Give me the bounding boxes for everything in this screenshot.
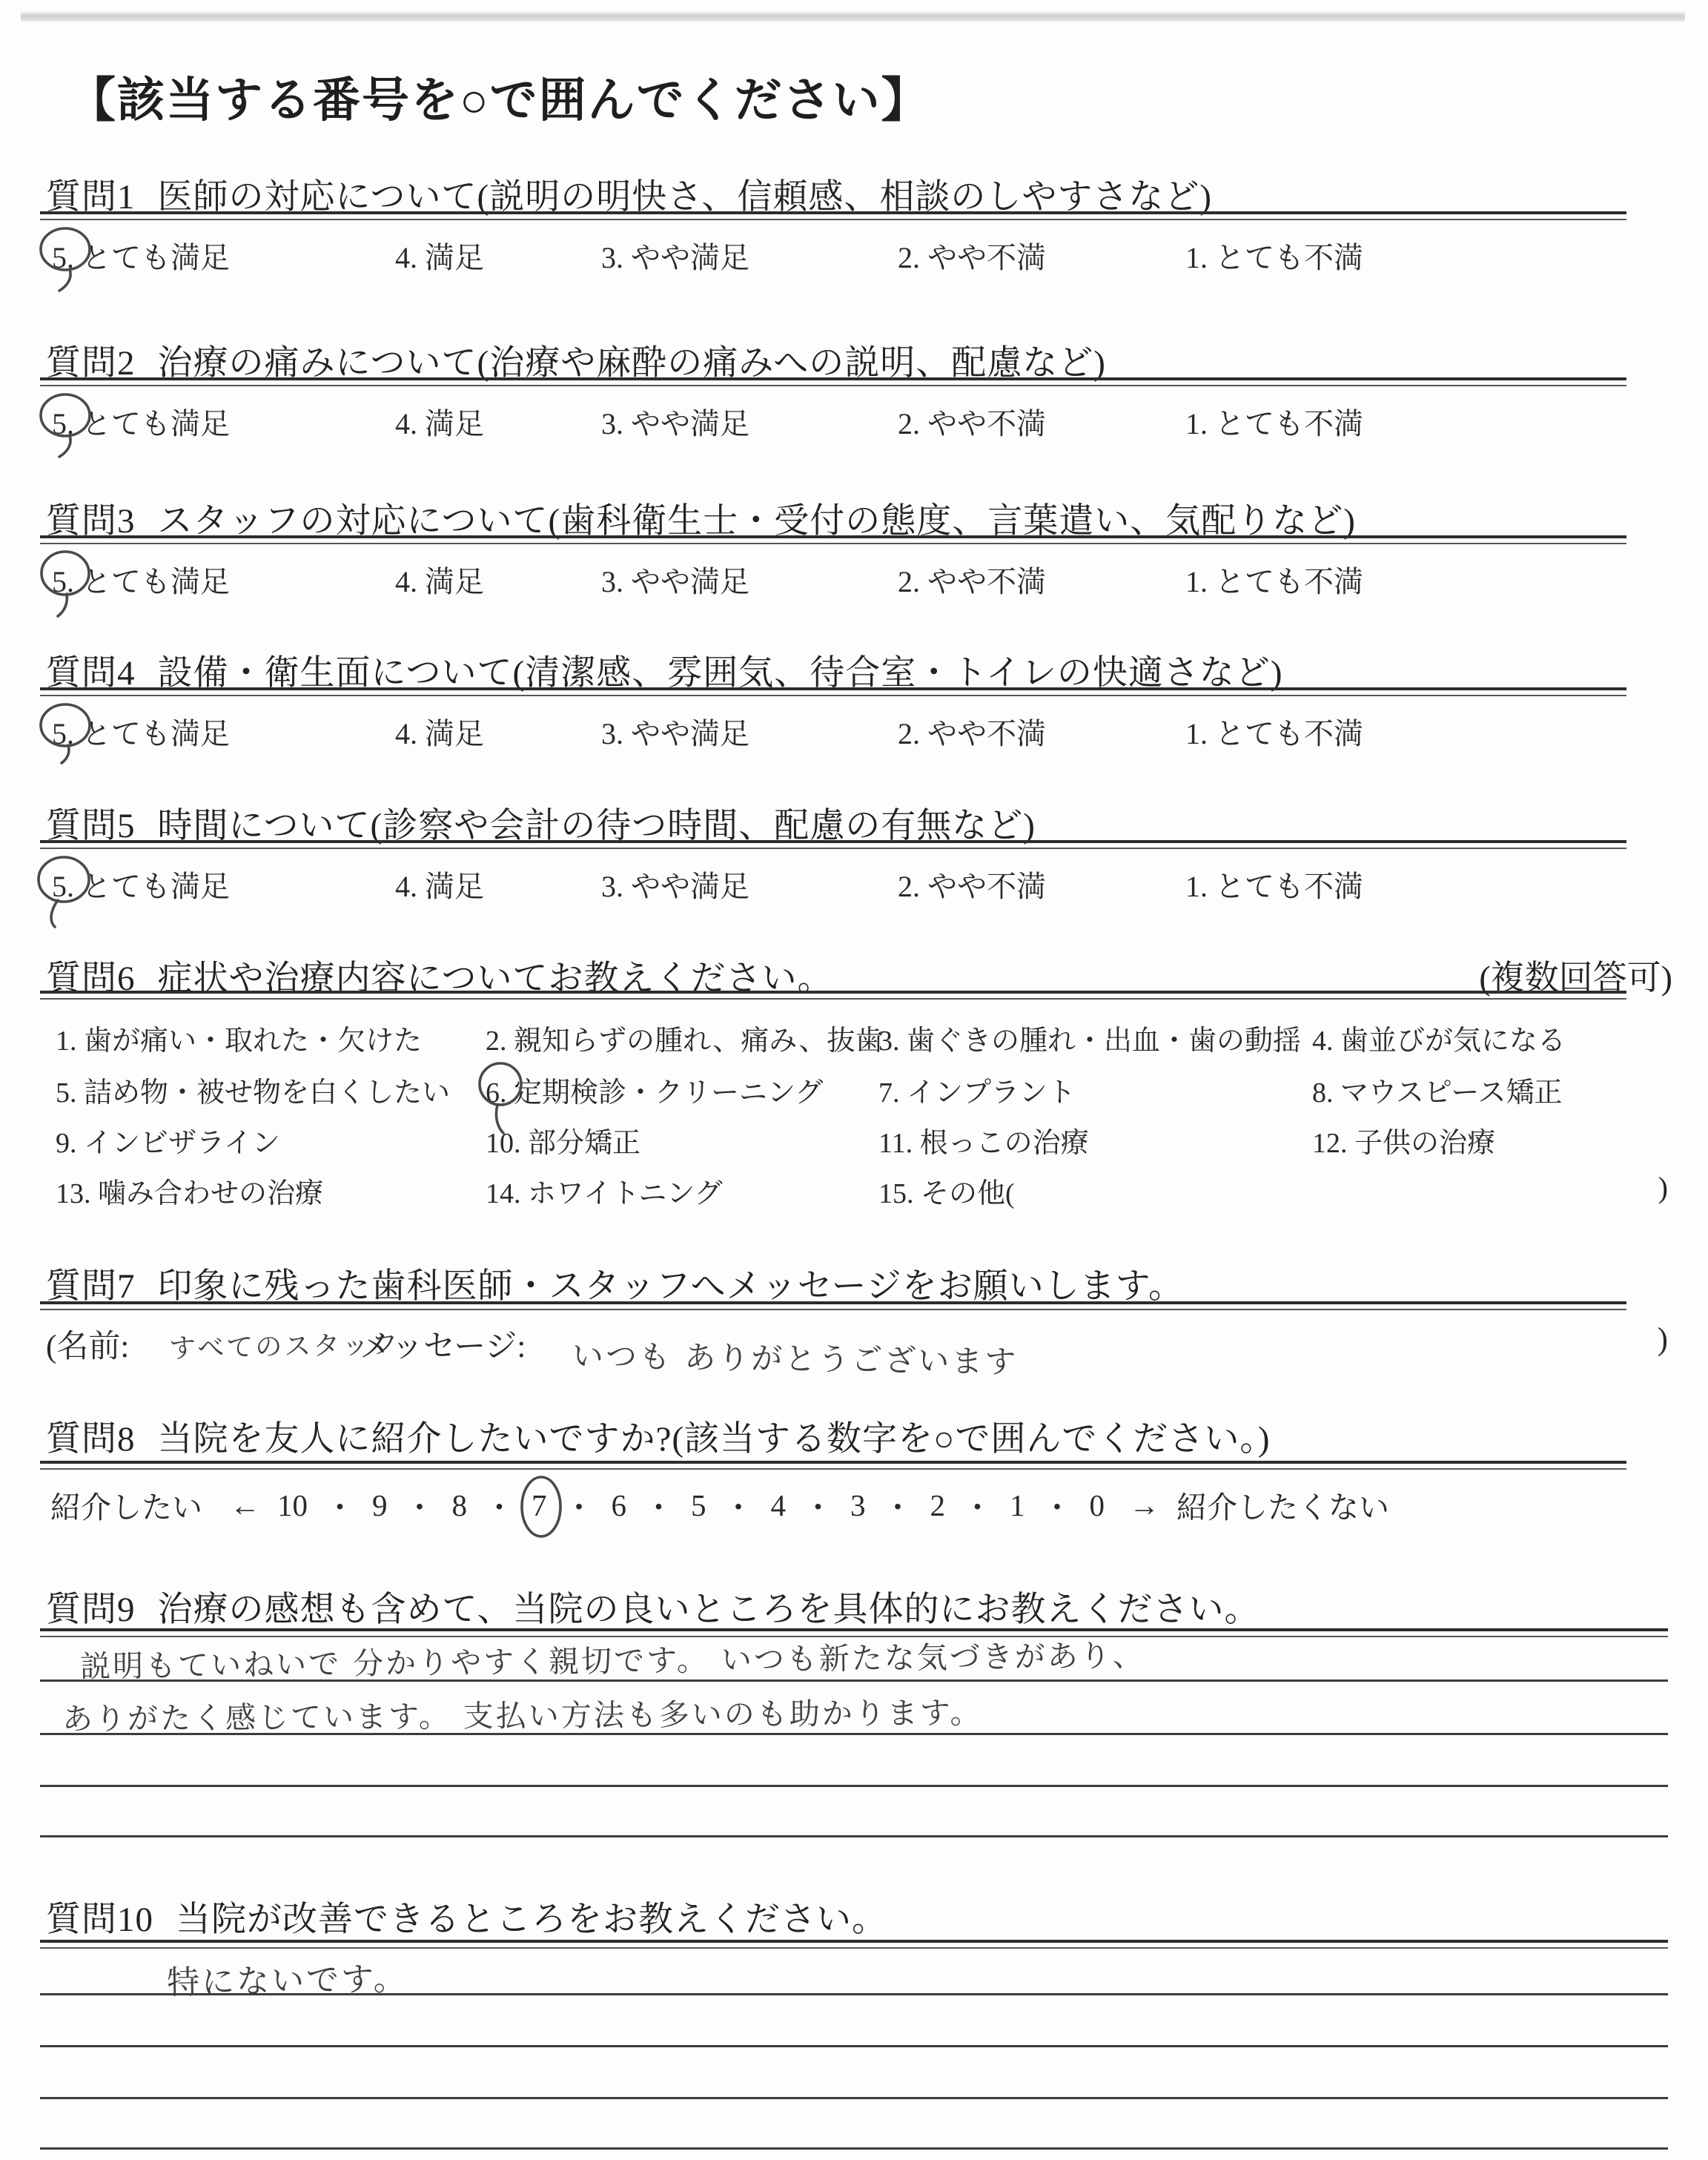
answer-rule-line <box>40 1835 1668 1837</box>
dot-separator: ・ <box>724 1483 754 1527</box>
option-4: 4. 満足 <box>395 558 484 601</box>
q6-item-6: 6. 定期検診・クリーニング <box>486 1069 823 1110</box>
option-2: 2. やや不満 <box>898 710 1046 753</box>
right-arrow-icon: → <box>1129 1487 1159 1523</box>
divider <box>40 211 1626 220</box>
option-3: 3. やや満足 <box>601 400 749 443</box>
option-3: 3. やや満足 <box>601 558 749 601</box>
q6-item-12: 12. 子供の治療 <box>1312 1120 1495 1160</box>
question-8-text: 当院を友人に紹介したいですか?(該当する数字を○で囲んでください。) <box>158 1420 1271 1459</box>
scale-number-7: 7 <box>532 1487 547 1523</box>
question-3-options: 5. とても満足 4. 満足 3. やや満足 2. やや不満 1. とても不満 <box>44 558 1668 610</box>
dot-separator: ・ <box>484 1483 514 1527</box>
question-7-answer-row: (名前: すべてのスタッフ メッセージ: いつも ありがとうございます ) <box>44 1321 1668 1403</box>
question-5: 質問5時間について(診察や会計の待つ時間、配慮の有無など) 5. とても満足 4… <box>44 798 1668 931</box>
question-6: 質問6症状や治療内容についてお教えください。 (複数回答可) 1. 歯が痛い・取… <box>44 951 1668 1232</box>
question-2: 質問2治療の痛みについて(治療や麻酔の痛みへの説明、配慮など) 5. とても満足… <box>44 335 1668 469</box>
q6-item-14: 14. ホワイトニング <box>486 1170 723 1211</box>
question-9-label: 質問9 <box>46 1591 136 1629</box>
q6-item-11: 11. 根っこの治療 <box>878 1120 1089 1160</box>
question-4-options: 5. とても満足 4. 満足 3. やや満足 2. やや不満 1. とても不満 <box>44 710 1668 762</box>
dot-separator: ・ <box>803 1483 833 1527</box>
question-9: 質問9治療の感想も含めて、当院の良いところを具体的にお教えください。 説明もてい… <box>44 1582 1668 1849</box>
q6-item-1: 1. 歯が痛い・取れた・欠けた <box>56 1017 422 1058</box>
option-4: 4. 満足 <box>395 710 484 753</box>
dot-separator: ・ <box>325 1483 355 1527</box>
dot-separator: ・ <box>564 1483 595 1527</box>
nps-scale-row: 紹介したい ← 10 ・ 9 ・ 8 ・ 7 ・ 6 ・ 5 ・ 4 ・ 3 ・… <box>50 1483 1666 1527</box>
question-7: 質問7印象に残った歯科医師・スタッフへメッセージをお願いします。 (名前: すべ… <box>44 1258 1668 1399</box>
option-3: 3. やや満足 <box>601 234 749 277</box>
scale-right-label: 紹介したくない <box>1176 1483 1389 1527</box>
q6-item-15: 15. その他( <box>878 1170 1015 1211</box>
question-1-options: 5. とても満足 4. 満足 3. やや満足 2. やや不満 1. とても不満 <box>44 234 1668 286</box>
option-5: 5. とても満足 <box>52 558 230 601</box>
question-6-row-4: 13. 噛み合わせの治療 14. ホワイトニング 15. その他( ) <box>44 1170 1668 1215</box>
scale-number-2: 2 <box>930 1487 946 1523</box>
dot-separator: ・ <box>962 1483 993 1527</box>
divider <box>40 535 1626 544</box>
question-8: 質問8当院を友人に紹介したいですか?(該当する数字を○で囲んでください。) 紹介… <box>44 1411 1668 1545</box>
scale-number-1: 1 <box>1010 1487 1025 1523</box>
divider <box>40 687 1626 696</box>
option-1: 1. とても不満 <box>1185 558 1363 601</box>
survey-page: 【該当する番号を○で囲んでください】 質問1医師の対応について(説明の明快さ、信… <box>0 0 1708 2160</box>
option-2: 2. やや不満 <box>898 234 1046 277</box>
answer-rule-line <box>40 2097 1668 2099</box>
question-10: 質問10当院が改善できるところをお教えください。 特にないです。 <box>44 1892 1668 2159</box>
question-1: 質問1医師の対応について(説明の明快さ、信頼感、相談のしやすさなど) 5. とて… <box>44 169 1668 303</box>
option-1: 1. とても不満 <box>1185 863 1363 905</box>
question-7-text: 印象に残った歯科医師・スタッフへメッセージをお願いします。 <box>158 1267 1184 1306</box>
q6-other-close-paren: ) <box>1658 1170 1668 1205</box>
scale-number-0: 0 <box>1090 1487 1105 1523</box>
scale-number-4: 4 <box>771 1487 787 1523</box>
question-10-heading: 質問10当院が改善できるところをお教えください。 <box>46 1892 887 1941</box>
divider <box>40 377 1626 386</box>
q6-item-8: 8. マウスピース矯正 <box>1312 1069 1562 1110</box>
question-6-row-1: 1. 歯が痛い・取れた・欠けた 2. 親知らずの腫れ、痛み、抜歯 3. 歯ぐきの… <box>44 1017 1668 1062</box>
dot-separator: ・ <box>643 1483 674 1527</box>
scan-artifact-bar <box>21 12 1685 22</box>
option-3: 3. やや満足 <box>601 710 749 753</box>
left-arrow-icon: ← <box>230 1487 260 1523</box>
q10-answer-handwritten: 特にないです。 <box>166 1952 408 2004</box>
option-1: 1. とても不満 <box>1185 234 1363 277</box>
name-field-label: (名前: <box>46 1321 129 1367</box>
question-6-row-2: 5. 詰め物・被せ物を白くしたい 6. 定期検診・クリーニング 7. インプラン… <box>44 1069 1668 1114</box>
q6-item-2: 2. 親知らずの腫れ、痛み、抜歯 <box>486 1017 884 1058</box>
question-2-options: 5. とても満足 4. 満足 3. やや満足 2. やや不満 1. とても不満 <box>44 400 1668 452</box>
option-2: 2. やや不満 <box>898 558 1046 601</box>
divider <box>40 840 1626 849</box>
question-4: 質問4設備・衛生面について(清潔感、雰囲気、待合室・トイレの快適さなど) 5. … <box>44 645 1668 779</box>
answer-rule-line <box>40 1785 1668 1787</box>
option-3: 3. やや満足 <box>601 863 749 905</box>
scale-number-3: 3 <box>850 1487 866 1523</box>
scale-left-label: 紹介したい <box>50 1483 202 1527</box>
q6-item-3: 3. 歯ぐきの腫れ・出血・歯の動揺 <box>878 1017 1301 1058</box>
question-8-label: 質問8 <box>46 1420 136 1459</box>
q6-item-4: 4. 歯並びが気になる <box>1312 1017 1566 1058</box>
option-5: 5. とても満足 <box>52 863 230 905</box>
q6-item-13: 13. 噛み合わせの治療 <box>56 1170 323 1211</box>
scale-number-9: 9 <box>372 1487 388 1523</box>
option-4: 4. 満足 <box>395 400 484 443</box>
question-5-options: 5. とても満足 4. 満足 3. やや満足 2. やや不満 1. とても不満 <box>44 863 1668 915</box>
option-2: 2. やや不満 <box>898 863 1046 905</box>
option-2: 2. やや不満 <box>898 400 1046 443</box>
question-9-text: 治療の感想も含めて、当院の良いところを具体的にお教えください。 <box>158 1591 1260 1629</box>
question-7-heading: 質問7印象に残った歯科医師・スタッフへメッセージをお願いします。 <box>46 1258 1184 1308</box>
question-7-label: 質問7 <box>46 1267 136 1306</box>
answer-rule-line <box>40 1680 1668 1682</box>
q6-item-10: 10. 部分矯正 <box>486 1120 640 1160</box>
option-1: 1. とても不満 <box>1185 710 1363 753</box>
message-field-value-handwritten: いつも ありがとうございます <box>572 1332 1019 1382</box>
scale-number-10: 10 <box>277 1487 308 1523</box>
q9-answer-handwritten-line-1: 説明もていねいで 分かりやすく親切です。 いつも新たな気づきがあり、 <box>80 1631 1145 1685</box>
q7-close-paren: ) <box>1658 1321 1668 1358</box>
dot-separator: ・ <box>1042 1483 1073 1527</box>
divider <box>40 1940 1668 1949</box>
option-4: 4. 満足 <box>395 234 484 277</box>
option-5: 5. とても満足 <box>52 400 230 443</box>
option-5: 5. とても満足 <box>52 710 230 753</box>
dot-separator: ・ <box>405 1483 435 1527</box>
scale-number-8: 8 <box>452 1487 468 1523</box>
page-title: 【該当する番号を○で囲んでください】 <box>68 62 930 131</box>
answer-rule-line <box>40 2147 1668 2150</box>
option-5: 5. とても満足 <box>52 234 230 277</box>
option-1: 1. とても不満 <box>1185 400 1363 443</box>
question-6-row-3: 9. インビザライン 10. 部分矯正 11. 根っこの治療 12. 子供の治療 <box>44 1120 1668 1164</box>
question-8-heading: 質問8当院を友人に紹介したいですか?(該当する数字を○で囲んでください。) <box>46 1411 1271 1461</box>
q6-item-7: 7. インプラント <box>878 1069 1076 1110</box>
answer-rule-line <box>40 1733 1668 1735</box>
divider <box>40 1301 1626 1310</box>
message-field-label: メッセージ: <box>360 1321 526 1367</box>
q6-item-5: 5. 詰め物・被せ物を白くしたい <box>56 1069 450 1110</box>
answer-rule-line <box>40 1993 1668 1995</box>
scale-number-5: 5 <box>691 1487 706 1523</box>
q6-item-9: 9. インビザライン <box>56 1120 280 1160</box>
dot-separator: ・ <box>883 1483 913 1527</box>
question-10-text: 当院が改善できるところをお教えください。 <box>176 1900 887 1939</box>
divider <box>40 991 1626 1000</box>
question-10-label: 質問10 <box>46 1900 153 1939</box>
answer-rule-line <box>40 2045 1668 2047</box>
question-3: 質問3スタッフの対応について(歯科衛生士・受付の態度、言葉遣い、気配りなど) 5… <box>44 493 1668 627</box>
option-4: 4. 満足 <box>395 863 484 905</box>
question-9-heading: 質問9治療の感想も含めて、当院の良いところを具体的にお教えください。 <box>46 1582 1260 1631</box>
divider <box>40 1461 1626 1470</box>
scale-number-6: 6 <box>612 1487 627 1523</box>
q9-answer-handwritten-line-2: ありがたく感じています。 支払い方法も多いのも助かります。 <box>62 1688 983 1739</box>
